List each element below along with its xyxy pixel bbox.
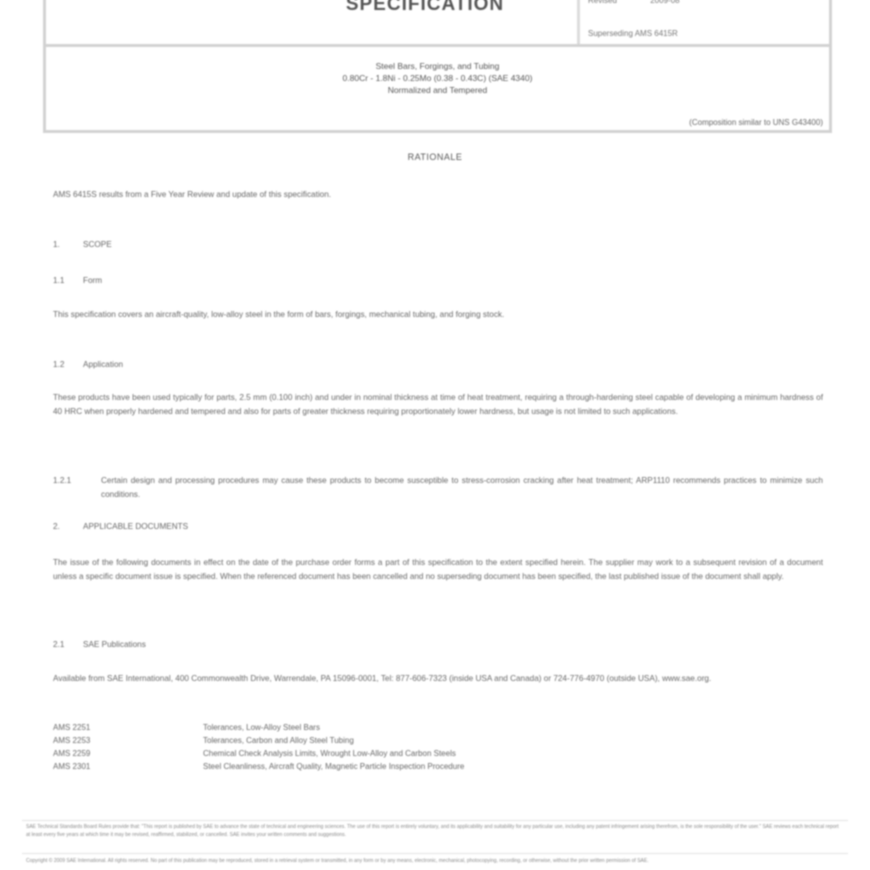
reference-row: AMS 2251 Tolerances, Low-Alloy Steel Bar… [53, 721, 753, 734]
section-form-text: This specification covers an aircraft-qu… [53, 308, 823, 322]
section-sae-publications-heading: 2.1SAE Publications [53, 640, 146, 649]
section-title: SAE Publications [83, 640, 146, 649]
section-title: APPLICABLE DOCUMENTS [83, 522, 188, 531]
reference-row: AMS 2259 Chemical Check Analysis Limits,… [53, 747, 753, 760]
reference-row: AMS 2253 Tolerances, Carbon and Alloy St… [53, 734, 753, 747]
section-application-text: These products have been used typically … [53, 391, 823, 418]
reference-title: Tolerances, Carbon and Alloy Steel Tubin… [203, 734, 354, 747]
section-application-note: 1.2.1 Certain design and processing proc… [53, 474, 823, 501]
reference-title: Chemical Check Analysis Limits, Wrought … [203, 747, 456, 760]
title-line-1: Steel Bars, Forgings, and Tubing [46, 60, 829, 72]
reference-code: AMS 2301 [53, 760, 203, 773]
revised-label: Revised [588, 0, 648, 5]
revised-row: Revised 2009-08 [588, 0, 680, 5]
section-scope-heading: 1.SCOPE [53, 240, 112, 249]
section-form-heading: 1.1Form [53, 276, 102, 285]
section-title: SCOPE [83, 240, 112, 249]
section-applicable-docs-text: The issue of the following documents in … [53, 556, 823, 583]
section-note-text: Certain design and processing procedures… [101, 474, 823, 501]
footer-copyright: Copyright © 2009 SAE International. All … [26, 858, 786, 864]
spec-title-block: Steel Bars, Forgings, and Tubing 0.80Cr … [46, 60, 829, 96]
title-line-2: 0.80Cr - 1.8Ni - 0.25Mo (0.38 - 0.43C) (… [46, 72, 829, 84]
title-line-3: Normalized and Tempered [46, 84, 829, 96]
section-number: 1.1 [53, 276, 83, 285]
rationale-text: AMS 6415S results from a Five Year Revie… [53, 188, 823, 202]
reference-title: Tolerances, Low-Alloy Steel Bars [203, 721, 320, 734]
section-number: 1.2 [53, 360, 83, 369]
section-number: 2.1 [53, 640, 83, 649]
section-number: 2. [53, 522, 83, 531]
section-title: Application [83, 360, 123, 369]
section-sae-publications-text: Available from SAE International, 400 Co… [53, 672, 823, 686]
reference-row: AMS 2301 Steel Cleanliness, Aircraft Qua… [53, 760, 753, 773]
reference-list: AMS 2251 Tolerances, Low-Alloy Steel Bar… [53, 721, 753, 773]
footer-disclaimer: SAE Technical Standards Board Rules prov… [22, 820, 848, 854]
rationale-heading: RATIONALE [0, 152, 870, 162]
revised-date: 2009-08 [650, 0, 679, 5]
section-application-heading: 1.2Application [53, 360, 123, 369]
reference-title: Steel Cleanliness, Aircraft Quality, Mag… [203, 760, 464, 773]
document-type-title: SPECIFICATION [300, 0, 550, 16]
reference-code: AMS 2253 [53, 734, 203, 747]
revision-column: Revised 2009-08 Superseding AMS 6415R [577, 0, 830, 44]
section-title: Form [83, 276, 102, 285]
title-box: Steel Bars, Forgings, and Tubing 0.80Cr … [43, 46, 832, 133]
composition-note: (Composition similar to UNS G43400) [689, 118, 823, 127]
section-number: 1. [53, 240, 83, 249]
reference-code: AMS 2251 [53, 721, 203, 734]
section-applicable-docs-heading: 2.APPLICABLE DOCUMENTS [53, 522, 188, 531]
superseding-note: Superseding AMS 6415R [588, 29, 678, 38]
reference-code: AMS 2259 [53, 747, 203, 760]
section-number: 1.2.1 [53, 474, 101, 501]
